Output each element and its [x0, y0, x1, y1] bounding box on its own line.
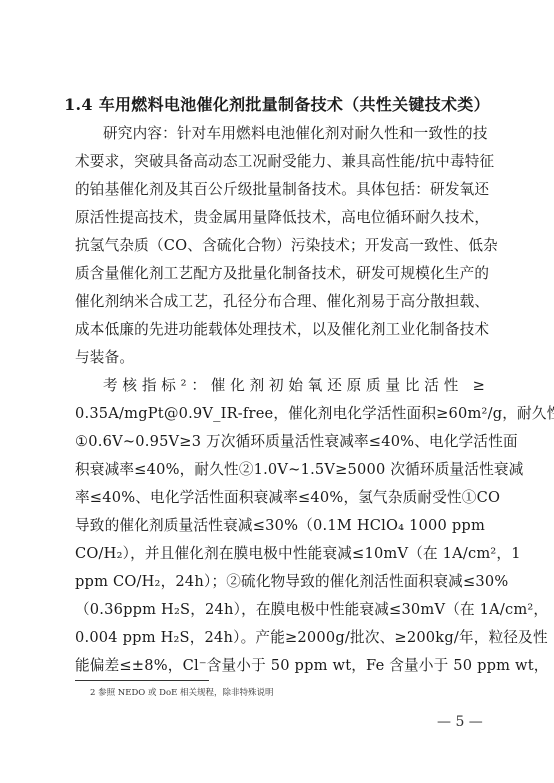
paragraph-line: 与装备。: [75, 348, 485, 368]
paragraph-line: 术要求，突破具备高动态工况耐受能力、兼具高性能/抗中毒特征: [75, 152, 485, 172]
paragraph-line: 的铂基催化剂及其百公斤级批量制备技术。具体包括：研发氧还: [75, 180, 485, 200]
paragraph-line: CO/H₂），并且催化剂在膜电极中性能衰减≤10mV（在 1A/cm²，1: [75, 544, 485, 564]
paragraph-line: 考核指标²：催化剂初始氧还原质量比活性 ≥: [103, 376, 485, 396]
paragraph-line: 0.004 ppm H₂S，24h）。产能≥2000g/批次、≥200kg/年，…: [75, 628, 485, 648]
paragraph-line: 积衰减率≤40%，耐久性②1.0V~1.5V≥5000 次循环质量活性衰减: [75, 460, 485, 480]
paragraph-line: 能偏差≤±8%，Cl⁻含量小于 50 ppm wt，Fe 含量小于 50 ppm…: [75, 656, 485, 676]
section-heading: 1.4 车用燃料电池催化剂批量制备技术（共性关键技术类）: [0, 92, 554, 115]
document-page: 1.4 车用燃料电池催化剂批量制备技术（共性关键技术类） 研究内容：针对车用燃料…: [0, 0, 554, 783]
paragraph-line: 抗氢气杂质（CO、含硫化合物）污染技术；开发高一致性、低杂: [75, 236, 485, 256]
paragraph-line: 率≤40%、电化学活性面积衰减率≤40%，氢气杂质耐受性①CO: [75, 488, 485, 508]
paragraph-line: 成本低廉的先进功能载体处理技术，以及催化剂工业化制备技术: [75, 320, 485, 340]
paragraph-line: 导致的催化剂质量活性衰减≤30%（0.1M HClO₄ 1000 ppm: [75, 516, 485, 536]
paragraph-line: ①0.6V~0.95V≥3 万次循环质量活性衰减率≤40%、电化学活性面: [75, 432, 485, 452]
paragraph-line: 质含量催化剂工艺配方及批量化制备技术，研发可规模化生产的: [75, 264, 485, 284]
paragraph-line: ppm CO/H₂，24h）；②硫化物导致的催化剂活性面积衰减≤30%: [75, 572, 485, 592]
footnote: 2 参照 NEDO 或 DoE 相关规程，除非特殊说明: [90, 686, 273, 698]
paragraph-line: （0.36ppm H₂S，24h），在膜电极中性能衰减≤30mV（在 1A/cm…: [75, 600, 485, 620]
page-number: — 5 —: [437, 714, 483, 730]
paragraph-line: 研究内容：针对车用燃料电池催化剂对耐久性和一致性的技: [103, 124, 485, 144]
paragraph-line: 催化剂纳米合成工艺，孔径分布合理、催化剂易于高分散担载、: [75, 292, 485, 312]
paragraph-line: 原活性提高技术，贵金属用量降低技术，高电位循环耐久技术，: [75, 208, 485, 228]
paragraph-line: 0.35A/mgPt@0.9V_IR-free，催化剂电化学活性面积≥60m²/…: [75, 404, 485, 424]
footnote-divider: [75, 680, 209, 681]
